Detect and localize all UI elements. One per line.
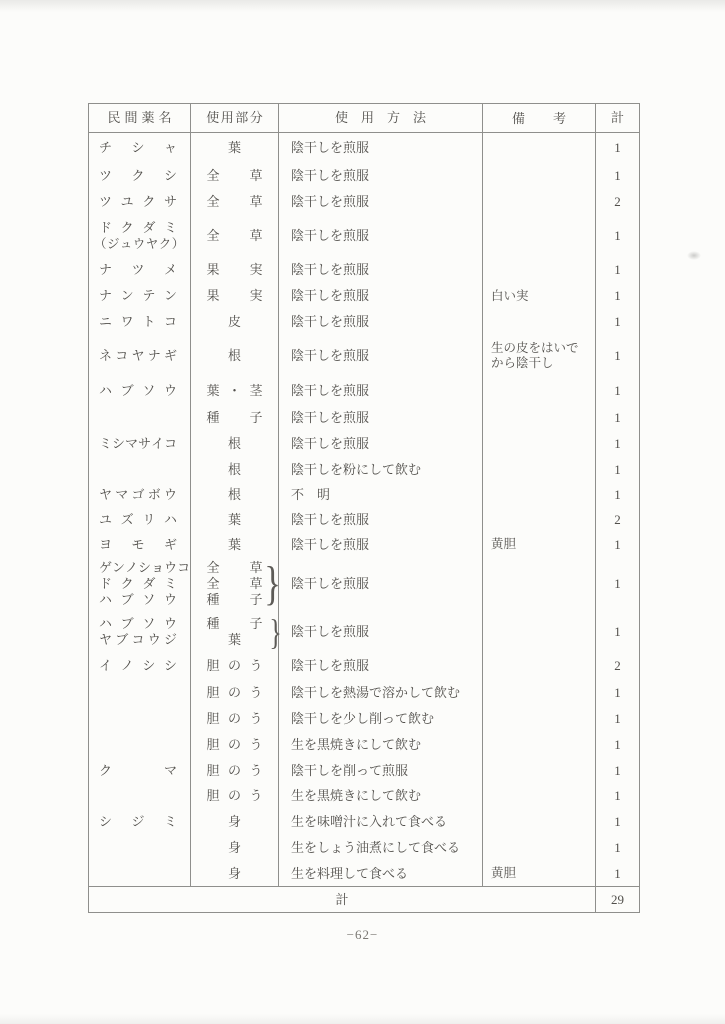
part-cell: 全草 [191,163,279,189]
medicine-name-char: リ [142,512,155,528]
medicine-name-char: ク [121,220,134,236]
method-text: 生を黒焼きにして飲む [291,788,482,804]
medicine-name-char: モ [131,537,144,553]
method-cell: 陰干しを煎服 [279,189,483,215]
medicine-name-char: ノ [121,658,134,674]
medicine-name-char: ウ [164,616,177,632]
count-value: 2 [614,658,621,674]
medicine-name: クマ [99,763,177,779]
part-name-char: 根 [228,436,241,452]
count-value: 1 [614,685,621,701]
table-row: 根陰干しを粉にして飲む1 [89,457,639,482]
medicine-name-char: サ [164,194,177,210]
part-cell: 身 [191,861,279,886]
part-lines: 種子 [207,410,263,426]
medicine-name-char: シ [164,658,177,674]
part-lines: 葉 [207,512,263,528]
method-cell: 生を料理して食べる [279,861,483,886]
name-cell: ネコヤナギ [89,335,191,377]
note-cell [483,457,596,482]
name-cell: ユズリハ [89,507,191,532]
part-name-char: 身 [228,814,241,830]
note-text: 黄胆 [491,537,590,552]
count-cell: 1 [596,215,639,257]
count-cell: 1 [596,532,639,557]
medicine-name-char: ニ [99,314,112,330]
medicine-name-char: イ [151,436,164,452]
part-lines: 胆のう [207,711,263,727]
part-name-char: 実 [249,288,262,304]
part-name-char: 果 [207,262,220,278]
part-name: 根 [207,436,263,452]
medicine-name: ネコヤナギ [99,348,177,364]
name-cell [89,861,191,886]
count-cell: 1 [596,405,639,431]
part-name-char: う [249,737,262,753]
count-cell: 1 [596,377,639,405]
part-name: 根 [207,487,263,503]
table-row: 胆のう生を黒焼きにして飲む1 [89,732,639,758]
medicine-name: ミシマサイコ [99,436,177,452]
part-lines: 身 [207,866,263,882]
part-name-char: 身 [228,866,241,882]
name-cell: シジミ [89,809,191,835]
method-cell: 生を黒焼きにして飲む [279,783,483,809]
part-name-char: 胆 [207,685,220,701]
note-cell [483,431,596,457]
medicine-name-char: シ [138,560,151,576]
part-cell: 身 [191,809,279,835]
part-name-char: 皮 [228,314,241,330]
part-name-char: 胆 [207,711,220,727]
medicine-name-char: ワ [121,314,134,330]
header-part-label: 使用部分 [206,110,264,126]
count-value: 1 [614,436,621,452]
part-name: 全草 [207,576,263,592]
medicine-name-reading: （ジュウヤク） [94,236,177,252]
part-cell: 種子葉} [191,611,279,653]
part-name: 葉・茎 [207,383,263,399]
method-cell: 陰干しを煎服 [279,507,483,532]
count-cell: 1 [596,861,639,886]
part-name-char: 実 [249,262,262,278]
count-cell: 1 [596,482,639,507]
medicine-name-char: コ [115,348,128,364]
count-cell: 2 [596,189,639,215]
part-name: 葉 [207,140,263,156]
brace-mark: } [269,614,281,650]
medicine-name-char: ギ [164,537,177,553]
part-name-char: 子 [249,592,262,608]
part-name-char: 全 [207,168,220,184]
part-name: 全草 [207,168,263,184]
medicine-name-char: ヤ [99,632,112,648]
medicine-name-char: サ [138,436,151,452]
method-text: 陰干しを熱湯で溶かして飲む [291,685,482,701]
note-cell [483,732,596,758]
count-value: 1 [614,314,621,330]
name-cell [89,706,191,732]
medicine-name-char: ユ [121,194,134,210]
table-row: ミシマサイコ根陰干しを煎服1 [89,431,639,457]
table-row: チシャ葉陰干しを煎服1 [89,133,639,163]
table-row: 身生を料理して食べる黄胆1 [89,861,639,886]
part-name-char: の [228,763,241,779]
medicine-name-char: ヤ [99,487,112,503]
part-name-char: 子 [249,616,262,632]
part-name-char: 種 [207,410,220,426]
part-name-char: 葉 [207,383,220,399]
method-cell: 陰干しを煎服 [279,431,483,457]
medicine-name-char: ミ [164,576,177,592]
part-lines: 根 [207,436,263,452]
table-row: ニワトコ皮陰干しを煎服1 [89,309,639,335]
table-row: 身生をしょう油煮にして食べる1 [89,835,639,861]
medicine-name-char: コ [164,314,177,330]
medicine-name-char: ク [142,194,155,210]
part-name-char: 葉 [228,512,241,528]
note-cell: 黄胆 [483,532,596,557]
part-name: 胆のう [207,658,263,674]
part-name-char: の [228,788,241,804]
count-cell: 1 [596,133,639,163]
note-cell [483,215,596,257]
medicine-name: ヨモギ [99,537,177,553]
part-name: 全草 [207,194,263,210]
medicine-name-char: ャ [164,140,177,156]
medicine-name: ゲンノショウコ [99,560,177,576]
note-cell [483,835,596,861]
medicine-name-char: シ [131,140,144,156]
part-name: 胆のう [207,711,263,727]
part-name-char: 胆 [207,763,220,779]
method-text: 生を黒焼きにして飲む [291,737,482,753]
part-name: 身 [207,866,263,882]
part-cell: 胆のう [191,653,279,679]
table-row: 胆のう陰干しを少し削って飲む1 [89,706,639,732]
method-cell: 陰干しを煎服 [279,257,483,283]
header-cell-note: 備考 [483,104,596,132]
medicine-name-char: ン [164,288,177,304]
medicine-name-char: ヤ [131,348,144,364]
medicine-name-char: ソ [142,616,155,632]
part-name-char: 身 [228,840,241,856]
part-name: 種子 [207,410,263,426]
part-name: 全草 [207,228,263,244]
part-cell: 胆のう [191,679,279,706]
method-cell: 陰干しを煎服 [279,405,483,431]
part-name-char: 草 [249,228,262,244]
table-row: ハブソウ葉・茎陰干しを煎服1 [89,377,639,405]
note-cell [483,758,596,783]
part-name-char: 果 [207,288,220,304]
medicine-name-char: シ [99,814,112,830]
name-cell: ゲンノショウコドクダミハブソウ [89,557,191,611]
part-lines: 種子葉 [207,616,263,648]
medicine-name-char: マ [164,763,177,779]
count-value: 1 [614,814,621,830]
medicine-name-char: ソ [142,592,155,608]
medicine-name-char: ソ [142,383,155,399]
note-cell [483,706,596,732]
part-name-char: 胆 [207,788,220,804]
part-name-char: う [249,685,262,701]
count-value: 1 [614,410,621,426]
name-cell [89,679,191,706]
medicine-name-char: ク [131,168,144,184]
count-value: 1 [614,788,621,804]
count-value: 1 [614,840,621,856]
part-name-char: 子 [249,410,262,426]
header-cell-name: 民間薬名 [89,104,191,132]
scanned-page: 民間薬名 使用部分 使用方法 備考 計 チシャ葉陰干しを煎服1ツクシ全草陰干しを… [0,0,725,1024]
medicine-name: ツクシ [99,168,177,184]
medicine-name-char: ブ [121,592,134,608]
count-value: 1 [614,487,621,503]
method-cell: 陰干しを煎服 [279,309,483,335]
header-note-label: 備考 [512,111,594,126]
count-cell: 1 [596,557,639,611]
part-name: 種子 [207,616,263,632]
part-name: 全草 [207,560,263,576]
count-cell: 1 [596,335,639,377]
count-cell: 1 [596,611,639,653]
medicine-name-char: ブ [121,616,134,632]
table-row: 種子陰干しを煎服1 [89,405,639,431]
method-cell: 陰干しを熱湯で溶かして飲む [279,679,483,706]
part-name: 根 [207,348,263,364]
part-cell: 根 [191,335,279,377]
part-lines: 全草全草種子 [207,560,263,608]
part-name-char: 草 [249,560,262,576]
medicine-name: ドクダミ [99,220,177,236]
part-cell: 根 [191,431,279,457]
method-text: 陰干しを煎服 [291,262,482,278]
header-name-label: 民間薬名 [107,110,175,126]
table-row: 胆のう陰干しを熱湯で溶かして飲む1 [89,679,639,706]
method-cell: 陰干しを煎服 [279,653,483,679]
medicine-name-char: コ [131,632,144,648]
part-name: 葉 [207,512,263,528]
page-number: −62− [0,927,725,943]
part-lines: 胆のう [207,658,263,674]
note-cell [483,557,596,611]
part-cell: 全草全草種子} [191,557,279,611]
part-name: 果実 [207,262,263,278]
medicine-name-char: ジ [164,632,177,648]
count-value: 1 [614,737,621,753]
part-name-char: 全 [207,560,220,576]
medicine-name-char: ミ [164,814,177,830]
header-cell-method: 使用方法 [279,104,483,132]
count-value: 1 [614,140,621,156]
part-lines: 全草 [207,228,263,244]
medicine-name-char: ボ [148,487,161,503]
method-cell: 陰干しを煎服 [279,133,483,163]
part-name: 葉 [207,537,263,553]
part-name-char: の [228,737,241,753]
method-cell: 陰干しを煎服 [279,611,483,653]
medicine-name-char: ミ [164,220,177,236]
medicine-name: ナツメ [99,262,177,278]
count-value: 1 [614,537,621,553]
method-text: 陰干しを煎服 [291,512,482,528]
medicine-name-char: ノ [125,560,138,576]
table-row: シジミ身生を味噌汁に入れて食べる1 [89,809,639,835]
part-lines: 胆のう [207,737,263,753]
method-cell: 陰干しを粉にして飲む [279,457,483,482]
count-cell: 1 [596,163,639,189]
part-name-char: の [228,658,241,674]
medicine-name-char: マ [125,436,138,452]
medicine-name-char: ミ [99,436,112,452]
medicine-name-char: ユ [99,512,112,528]
medicine-name-char: ウ [164,560,177,576]
method-text: 陰干しを煎服 [291,537,482,553]
table-row: ハブソウヤブコウジ種子葉}陰干しを煎服1 [89,611,639,653]
medicine-name-char: ナ [99,262,112,278]
medicine-name-char: シ [164,168,177,184]
method-text: 陰干しを煎服 [291,194,482,210]
part-name: 胆のう [207,788,263,804]
count-value: 1 [614,288,621,304]
count-value: 1 [614,711,621,727]
note-cell: 白い実 [483,283,596,309]
method-text: 陰干しを粉にして飲む [291,462,482,478]
method-cell: 陰干しを煎服 [279,163,483,189]
part-name: 果実 [207,288,263,304]
name-cell: ニワトコ [89,309,191,335]
part-name-char: 胆 [207,658,220,674]
method-text: 陰干しを煎服 [291,288,482,304]
method-cell: 陰干しを少し削って飲む [279,706,483,732]
medicine-name: ハブソウ [99,383,177,399]
name-cell: ミシマサイコ [89,431,191,457]
part-name-char: う [249,658,262,674]
part-name: 胆のう [207,737,263,753]
part-name: 胆のう [207,685,263,701]
method-text: 陰干しを煎服 [291,624,482,640]
part-cell: 葉・茎 [191,377,279,405]
method-cell: 陰干しを煎服 [279,283,483,309]
name-cell: ハブソウ [89,377,191,405]
method-text: 生を味噌汁に入れて食べる [291,814,482,830]
medicine-name-char: テ [142,288,155,304]
count-cell: 1 [596,309,639,335]
part-name-char: 根 [228,348,241,364]
count-value: 1 [614,763,621,779]
part-cell: 葉 [191,133,279,163]
medicine-name: チシャ [99,140,177,156]
part-name-char: 葉 [228,537,241,553]
brace-mark: } [264,560,281,608]
part-name-char: 種 [207,616,220,632]
part-name-char: 根 [228,487,241,503]
medicine-name-char: ツ [99,168,112,184]
name-cell [89,732,191,758]
part-name-char: 全 [207,576,220,592]
table-footer-row: 計 29 [89,886,639,912]
part-name-char: う [249,763,262,779]
table-row: ナンテン果実陰干しを煎服白い実1 [89,283,639,309]
medicine-name-char: ツ [131,262,144,278]
part-cell: 果実 [191,283,279,309]
medicine-name-char: ジ [131,814,144,830]
medicine-name-char: ツ [99,194,112,210]
part-lines: 葉 [207,140,263,156]
count-value: 1 [614,262,621,278]
medicine-name-char: ク [99,763,112,779]
part-cell: 全草 [191,189,279,215]
count-cell: 1 [596,809,639,835]
part-name-char: の [228,711,241,727]
note-cell [483,257,596,283]
footer-total-value: 29 [596,887,639,912]
name-cell [89,835,191,861]
count-cell: 1 [596,257,639,283]
part-name: 葉 [207,632,263,648]
footer-total-label: 計 [89,887,596,912]
medicine-name-char: ナ [99,288,112,304]
medicine-name-char: ョ [151,560,164,576]
part-cell: 胆のう [191,758,279,783]
header-method-label: 使用方法 [335,110,439,126]
medicine-name: ドクダミ [99,576,177,592]
count-cell: 2 [596,507,639,532]
medicine-name-char: ウ [164,592,177,608]
part-name-char: 全 [207,228,220,244]
part-cell: 種子 [191,405,279,431]
name-cell [89,457,191,482]
method-cell: 生を味噌汁に入れて食べる [279,809,483,835]
part-cell: 胆のう [191,706,279,732]
medicine-name-char: ゴ [131,487,144,503]
count-value: 1 [614,462,621,478]
medicine-name: ヤブコウジ [99,632,177,648]
note-cell [483,783,596,809]
count-cell: 2 [596,653,639,679]
part-lines: 身 [207,814,263,830]
medicine-name-char: ダ [142,220,155,236]
part-cell: 果実 [191,257,279,283]
table-row: ヨモギ葉陰干しを煎服黄胆1 [89,532,639,557]
part-cell: 身 [191,835,279,861]
folk-medicine-table: 民間薬名 使用部分 使用方法 備考 計 チシャ葉陰干しを煎服1ツクシ全草陰干しを… [88,103,640,913]
count-cell: 1 [596,706,639,732]
table-row: ドクダミ（ジュウヤク）全草陰干しを煎服1 [89,215,639,257]
note-cell [483,309,596,335]
count-cell: 1 [596,457,639,482]
medicine-name-char: ド [99,576,112,592]
method-text: 陰干しを煎服 [291,658,482,674]
part-lines: 葉・茎 [207,383,263,399]
name-cell: ハブソウヤブコウジ [89,611,191,653]
table-row: ゲンノショウコドクダミハブソウ全草全草種子}陰干しを煎服1 [89,557,639,611]
medicine-name: ヤマゴボウ [99,487,177,503]
note-cell [483,611,596,653]
method-text: 陰干しを煎服 [291,348,482,364]
method-text: 陰干しを少し削って飲む [291,711,482,727]
medicine-name-char: ブ [115,632,128,648]
part-cell: 皮 [191,309,279,335]
part-name-char: 草 [249,168,262,184]
medicine-name: ハブソウ [99,616,177,632]
table-header-row: 民間薬名 使用部分 使用方法 備考 計 [89,104,639,133]
note-cell [483,653,596,679]
count-cell: 1 [596,732,639,758]
method-text: 生を料理して食べる [291,866,482,882]
method-cell: 陰干しを煎服 [279,532,483,557]
